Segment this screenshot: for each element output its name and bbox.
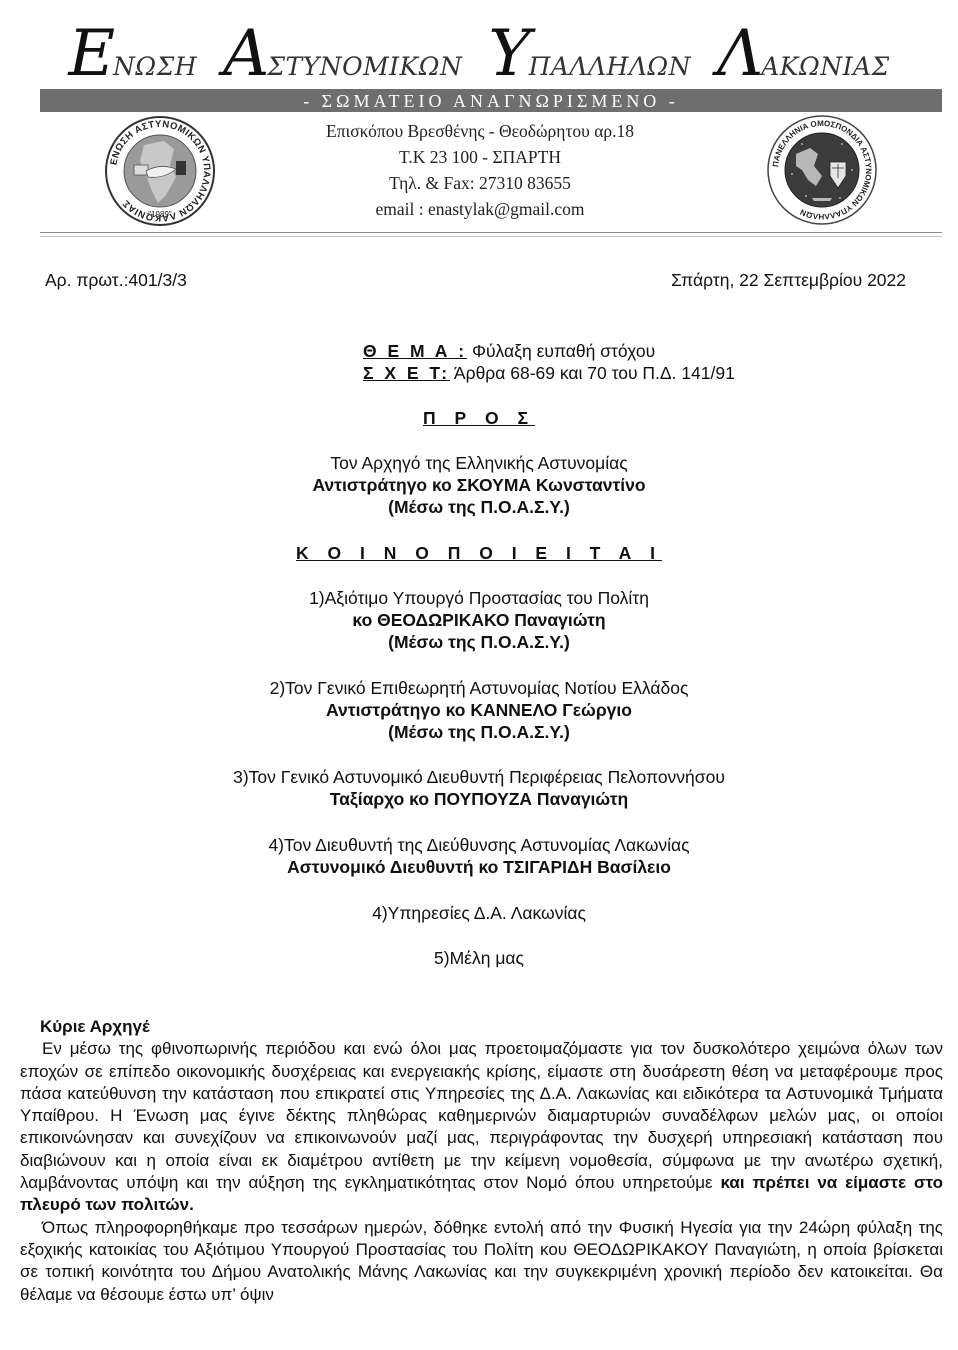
body-paragraph: Όπως πληροφορηθήκαμε προ τεσσάρων ημερών…	[20, 1217, 943, 1306]
cc-name: Αντιστράτηγο κο ΚΑΝΝΕΛΟ Γεώργιο	[0, 699, 958, 721]
cc-item: 4)Τον Διευθυντή της Διεύθυνσης Αστυνομία…	[0, 834, 958, 878]
cc-name: Ταξίαρχο κο ΠΟΥΠΟΥΖΑ Παναγιώτη	[0, 788, 958, 810]
recipient-block: Τον Αρχηγό της Ελληνικής Αστυνομίας Αντι…	[0, 452, 958, 518]
title-rest: ΠΑΛΛΗΛΩΝ	[529, 52, 691, 86]
title-rest: ΣΤΥΝΟΜΙΚΩΝ	[267, 52, 462, 86]
to-heading: Π Ρ Ο Σ	[0, 407, 958, 429]
cc-title: 4)Υπηρεσίες Δ.Α. Λακωνίας	[0, 902, 958, 924]
title-initial: Υ	[488, 22, 530, 86]
cc-item: 2)Τον Γενικό Επιθεωρητή Αστυνομίας Νοτίο…	[0, 677, 958, 743]
cc-title: 3)Τον Γενικό Αστυνομικό Διευθυντή Περιφέ…	[0, 766, 958, 788]
body-paragraph: Εν μέσω της φθινοπωρινής περιόδου και εν…	[20, 1038, 943, 1216]
cc-heading-text: Κ Ο Ι Ν Ο Π Ο Ι Ε Ι Τ Α Ι	[296, 543, 662, 563]
title-word: ΥΠΑΛΛΗΛΩΝ	[488, 22, 691, 86]
title-rest: ΝΩΣΗ	[113, 52, 197, 86]
title-word: ΕΝΩΣΗ	[68, 22, 197, 86]
recipient-via: (Μέσω της Π.Ο.Α.Σ.Υ.)	[0, 496, 958, 518]
relation-label: Σ Χ Ε Τ:	[363, 363, 450, 383]
title-rest: ΑΚΩΝΙΑΣ	[761, 52, 889, 86]
title-word: ΑΣΤΥΝΟΜΙΚΩΝ	[223, 22, 462, 86]
cc-item: 5)Μέλη μας	[0, 947, 958, 969]
title-initial: Α	[223, 22, 269, 86]
cc-name: Αστυνομικό Διευθυντή κο ΤΣΙΓΑΡΙΔΗ Βασίλε…	[0, 856, 958, 878]
place-and-date: Σπάρτη, 22 Σεπτεμβρίου 2022	[671, 270, 906, 291]
subject-text: Φύλαξη ευπαθή στόχου	[467, 341, 655, 361]
title-initial: Λ	[717, 22, 763, 86]
protocol-number: Αρ. πρωτ.:401/3/3	[45, 270, 187, 291]
address-postal-code: Τ.Κ 23 100 - ΣΠΑΡΤΗ	[260, 144, 700, 170]
union-seal-logo: ΕΝΩΣΗ ΑΣΤΥΝΟΜΙΚΩΝ ΥΠΑΛΛΗΛΩΝ ΛΑΚΩΝΙΑΣ "19…	[104, 115, 216, 227]
letter-body: Κύριε Αρχηγέ Εν μέσω της φθινοπωρινής πε…	[20, 1016, 943, 1306]
cc-title: 5)Μέλη μας	[0, 947, 958, 969]
cc-heading: Κ Ο Ι Ν Ο Π Ο Ι Ε Ι Τ Α Ι	[0, 542, 958, 564]
subject-block: Θ Ε Μ Α : Φύλαξη ευπαθή στόχου Σ Χ Ε Τ: …	[363, 340, 735, 384]
cc-via: (Μέσω της Π.Ο.Α.Σ.Υ.)	[0, 631, 958, 653]
federation-seal-logo: ΠΑΝΕΛΛΗΝΙΑ ΟΜΟΣΠΟΝΔΙΑ ΑΣΤΥΝΟΜΙΚΩΝ ΥΠΑΛΛΗ…	[766, 114, 878, 226]
cc-item: 4)Υπηρεσίες Δ.Α. Λακωνίας	[0, 902, 958, 924]
title-word: ΛΑΚΩΝΙΑΣ	[717, 22, 890, 86]
cc-via: (Μέσω της Π.Ο.Α.Σ.Υ.)	[0, 721, 958, 743]
salutation: Κύριε Αρχηγέ	[20, 1016, 943, 1038]
cc-name: κο ΘΕΟΔΩΡΙΚΑΚΟ Παναγιώτη	[0, 609, 958, 631]
union-address: Επισκόπου Βρεσθένης - Θεοδώρητου αρ.18 Τ…	[260, 118, 700, 222]
paragraph-text: Εν μέσω της φθινοπωρινής περιόδου και εν…	[20, 1039, 943, 1192]
header-divider	[40, 232, 942, 237]
cc-item: 1)Αξιότιμο Υπουργό Προστασίας του Πολίτη…	[0, 587, 958, 653]
paragraph-text: Όπως πληροφορηθήκαμε προ τεσσάρων ημερών…	[20, 1218, 943, 1304]
address-email: email : enastylak@gmail.com	[260, 196, 700, 222]
organization-title: ΕΝΩΣΗ ΑΣΤΥΝΟΜΙΚΩΝ ΥΠΑΛΛΗΛΩΝ ΛΑΚΩΝΙΑΣ	[0, 8, 958, 86]
seal-year: "1989"	[148, 210, 172, 219]
title-initial: Ε	[68, 22, 115, 86]
recipient-name: Αντιστράτηγο κο ΣΚΟΥΜΑ Κωνσταντίνο	[0, 474, 958, 496]
cc-title: 1)Αξιότιμο Υπουργό Προστασίας του Πολίτη	[0, 587, 958, 609]
cc-title: 2)Τον Γενικό Επιθεωρητή Αστυνομίας Νοτίο…	[0, 677, 958, 699]
to-heading-text: Π Ρ Ο Σ	[423, 408, 535, 428]
cc-item: 3)Τον Γενικό Αστυνομικό Διευθυντή Περιφέ…	[0, 766, 958, 810]
relation-text: Άρθρα 68-69 και 70 του Π.Δ. 141/91	[450, 363, 735, 383]
recognized-union-banner: - ΣΩΜΑΤΕΙΟ ΑΝΑΓΝΩΡΙΣΜΕΝΟ -	[40, 89, 942, 112]
subject-label: Θ Ε Μ Α :	[363, 341, 467, 361]
address-phone-fax: Τηλ. & Fax: 27310 83655	[260, 170, 700, 196]
cc-title: 4)Τον Διευθυντή της Διεύθυνσης Αστυνομία…	[0, 834, 958, 856]
recipient-title: Τον Αρχηγό της Ελληνικής Αστυνομίας	[0, 452, 958, 474]
address-street: Επισκόπου Βρεσθένης - Θεοδώρητου αρ.18	[260, 118, 700, 144]
